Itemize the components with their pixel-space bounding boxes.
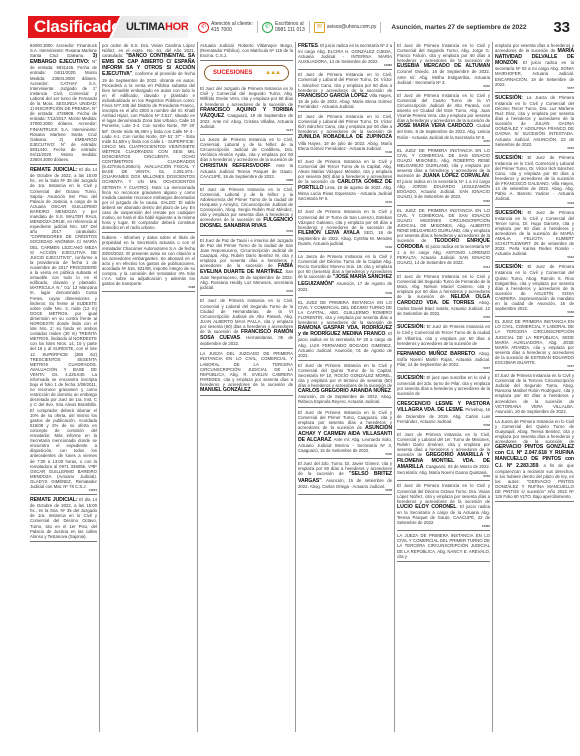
ad-code: 5158	[397, 424, 490, 427]
ad-text: El Juez de Primera Instancia en lo Civil…	[495, 373, 574, 414]
classified-ad: por orden de S.S. Dra. Vivian Carolina L…	[102, 42, 195, 233]
ad-text: El Juez de Primera Instancia en lo Civil…	[298, 209, 392, 229]
ad-name-highlight: SUCESIÓN:	[495, 155, 523, 161]
contact-email[interactable]: ✉ avisos@uhora.com.py	[310, 22, 382, 33]
ad-text-tail: , a fin de que comparezcan a reclamar su…	[495, 463, 574, 500]
ad-code: 5160	[397, 200, 490, 203]
ad-code: 5150	[397, 85, 490, 88]
ad-name-highlight: CARLOS GREGORIO ARANDA NÚÑEZ	[298, 388, 391, 394]
classified-ad: El Juez de Primera Instancia en lo Civil…	[298, 71, 392, 112]
classified-ad: SUCESIÓN: El Juez de Primera Instancia e…	[495, 154, 574, 208]
people-icon: ▲▲▲	[265, 71, 280, 76]
ad-code: 5148	[298, 151, 392, 154]
contact-phone-value: 415 7000	[211, 27, 232, 33]
ad-text-tail: N° de entrada: 5931445. Fecha de entrada…	[30, 59, 97, 162]
classified-ad: REMATE JUDICIAL: El día 14 de Octubre de…	[30, 166, 97, 495]
classified-ad: El Juez del Juzgado de Primera Instancia…	[200, 85, 293, 135]
ad-text: Actuaria Judicial. Roberto Villamayor Bu…	[200, 43, 293, 58]
ad-name-highlight: JOSÉ MARÍA VERA CARDOZO	[397, 123, 473, 129]
ad-name-highlight: SUCESIÓN:	[397, 324, 425, 330]
classified-ad: Actuaria Judicial. Roberto Villamayor Bu…	[200, 42, 293, 61]
ad-code: 5157	[495, 87, 574, 90]
classified-ad: FRETES. El juicio radica en la secretarí…	[298, 42, 392, 70]
ad-code: 5068	[200, 179, 293, 182]
logo-part1: ULTIMA	[126, 21, 165, 33]
column-2: por orden de S.S. Dra. Vivian Carolina L…	[100, 42, 198, 732]
ad-code: 5153	[200, 290, 293, 293]
ad-name-highlight: FILEMÓN LEIVA AYALA	[298, 230, 360, 236]
column-3: Actuaria Judicial. Roberto Villamayor Bu…	[198, 42, 296, 732]
ad-code: 5156	[397, 316, 490, 319]
ad-name-highlight: CHRISTIAN REFERSVDORF	[200, 163, 270, 169]
classified-ad: El Juez de Primera Instancia en lo Civil…	[397, 42, 490, 91]
classified-ad: La Jueza de Primera Instancia en lo Civi…	[495, 418, 574, 502]
classified-ad: La Jueza de Primera Instancia en lo Civi…	[298, 253, 392, 298]
classifieds-columns: 84000.3000. Acreedor: Finantruck S.A. In…	[28, 42, 576, 732]
classified-ad: LA JUEZA DEL JUZGADO DE PRIMERA INSTANCI…	[200, 350, 293, 396]
ad-text: El Juez de Primera Instancia en lo Civil…	[298, 363, 392, 388]
ad-name-highlight: ZUNILDA ROBADILLA DE ZUPINOZA	[298, 134, 392, 140]
section-title: Clasificados	[28, 16, 120, 38]
page-number: 33	[553, 19, 570, 36]
classified-ad: El Juez de Primera Instancia en lo Civil…	[495, 372, 574, 417]
ad-code: 5152	[200, 230, 293, 233]
newspaper-logo: ULTIMAHORA	[112, 16, 188, 38]
ad-code: 5155	[397, 140, 490, 143]
classified-ad: El Juez de Paz de Tavaí i e interino del…	[200, 237, 293, 297]
ad-code: 5162	[495, 147, 574, 150]
ad-text-tail: El día 14 de Octubre de 2022, a las 15:0…	[30, 497, 97, 539]
column-6: emplaza por sesenta días a herederos y a…	[493, 42, 576, 732]
ad-code: 13254	[30, 489, 97, 492]
ad-code: 5161	[397, 266, 490, 269]
classified-ad: CRESCENCIO LESME Y PASTORA VILLAGRA VDA.…	[397, 400, 490, 429]
column-5: El Juez de Primera Instancia en lo Civil…	[395, 42, 493, 732]
ad-name-highlight: SUCESIÓN:	[397, 375, 425, 381]
ad-text: El Juez de Primera Instancia en lo Civil…	[397, 483, 490, 503]
classified-ad: SUCESIÓN: El Juez de Primera Instancia e…	[495, 263, 574, 317]
classified-ad: El Juez de Primera Instancia en lo Civil…	[298, 208, 392, 252]
classified-ad: El Juez de Primera Instancia en lo Civil…	[298, 158, 392, 208]
classified-ad: El Juez de Primera Instancia en lo Civil…	[397, 431, 490, 482]
classified-ad: SUCESIÓN: El Juez de Primera Instancia e…	[495, 209, 574, 263]
classified-ad: El Juez de Primera Instancia en lo Civil…	[298, 113, 392, 157]
ad-code: 5167	[495, 365, 574, 368]
section-badge-sucesiones: SUCESIONES▲▲▲	[204, 65, 289, 81]
classified-ad: El Juez de Primera Instancia en lo Civil…	[298, 362, 392, 408]
contact-whatsapp-value: 0981 111 013	[275, 27, 305, 33]
mail-icon: ✉	[314, 22, 325, 33]
ad-code: 5168	[298, 489, 392, 492]
contact-phone: ✆ Atención al cliente:415 7000	[194, 21, 258, 33]
ad-code: 5109	[298, 292, 392, 295]
classified-ad: El Juez de Primera Instancia en lo Civil…	[397, 482, 490, 531]
ad-text-tail: Villa Hayes, 19 de julio de 2022. Abog. …	[298, 141, 392, 151]
ad-code: 5157	[397, 367, 490, 370]
ad-name-highlight: FRANCISCO GARCÍA LÓPEZ	[298, 93, 368, 99]
classified-ad: FERNANDO MUÑOZ BARRETO. Abog. Sofía Noem…	[397, 350, 490, 373]
contact-info: ✆ Atención al cliente:415 7000 ✆ Escríbi…	[194, 21, 381, 33]
ad-text-tail: El Juez de Primera Instancia en lo Civil…	[495, 155, 574, 202]
ad-name-highlight: RAMONA GASPAR VDA. RODRÍGUEZ y de RODRÍG…	[298, 325, 392, 337]
ad-code: 5159	[397, 475, 490, 478]
badge-label: SUCESIONES	[213, 71, 252, 76]
ad-text: EL JUEZ DE PRIMERA INSTANCIA EN LO CIVIL…	[298, 300, 392, 325]
ad-text: LA JUEZA DE PRIMERA INSTANCIA EN LO CIVI…	[397, 533, 490, 558]
ad-code: 5163	[495, 202, 574, 205]
ad-text-tail: .	[266, 223, 267, 228]
ad-name-highlight: EUSEBIA MERCADO DE ALTUMAN	[397, 63, 490, 69]
ad-text: La Jueza de Primera Instancia en lo Civi…	[495, 419, 574, 444]
classified-ad: El Juez del 2do. Turno, Dr. Javier Gómez…	[298, 460, 392, 494]
page-header: Clasificados ULTIMAHORA ✆ Atención al cl…	[28, 16, 576, 38]
ad-text-tail: Coronel Oviedo, 16 de Septiembre de 2022…	[397, 69, 490, 84]
classified-ad: LA JUEZA DE PRIMERA INSTANCIA EN LO CIVI…	[397, 532, 490, 561]
ad-code: 13066	[397, 525, 490, 528]
classified-ad: El Juez de Primera Instancia en lo Civil…	[298, 409, 392, 460]
ad-text: 84000.3000. Acreedor: Finantruck S.A. In…	[30, 43, 97, 58]
logo-part2: HORA	[165, 21, 196, 33]
ad-text-tail: El día 14 de Octubre de 2022, a las 15:0…	[30, 167, 97, 489]
contact-whatsapp: ✆ Escríbinos al0981 111 013	[258, 21, 310, 33]
ad-name-highlight: FERNANDO MUÑOZ BARRETO	[397, 351, 475, 357]
ad-text: El Juez de Primera Instancia en lo Civil…	[397, 43, 490, 63]
ad-code: 5166	[495, 311, 574, 314]
ad-name-highlight: MANUEL GONZÁLEZ	[200, 387, 251, 393]
ad-text: El Juez del Juzgado de Primera Instancia…	[200, 86, 293, 106]
classified-ad: 84000.3000. Acreedor: Finantruck S.A. In…	[30, 42, 97, 165]
ad-text-tail: , conforme al proveído de fecha 19 de Se…	[102, 71, 195, 230]
classified-ad: La Jueza de Primera Instancia en lo Civi…	[200, 136, 293, 185]
classified-ad: El Juez de Primera Instancia en lo Civil…	[200, 297, 293, 349]
ad-name-highlight: SUCESIÓN:	[495, 95, 523, 101]
classified-ad: hubiere. - Informes y datos sobre el tít…	[102, 234, 195, 292]
ad-text: El Juez de Primera Instancia en lo Civil…	[298, 72, 392, 92]
classified-ad: SUCESIÓN: El juez que suscribe en lo civ…	[397, 374, 490, 399]
contact-email-value[interactable]: avisos@uhora.com.py	[327, 24, 377, 30]
ad-code: 5164	[495, 256, 574, 259]
classified-ad: EL JUEZ DE PRIMERA INSTANCIA EN LO CIVIL…	[397, 147, 490, 206]
ad-code: 5147	[200, 129, 293, 132]
ad-name-highlight: SUCESIÓN:	[495, 264, 523, 270]
ad-name-highlight: REMATE JUDICIAL:	[30, 497, 77, 503]
classified-ad: EL JUEZ DE PRIMERA INSTANCIA EN LO CIVIL…	[397, 207, 490, 272]
classified-ad: El Juez de Primera Instancia en lo Civil…	[397, 273, 490, 323]
classified-ad: REMATE JUDICIAL: El día 14 de Octubre de…	[30, 496, 97, 542]
phone-icon: ✆	[198, 22, 209, 33]
ad-text-tail: El Juez de Primera Instancia en lo Civil…	[495, 210, 574, 257]
ad-name-highlight: SUCESIÓN:	[495, 210, 523, 216]
ad-text: hubiere. - Informes y datos sobre el tít…	[102, 235, 195, 286]
column-4: FRETES. El juicio radica en la secretarí…	[296, 42, 395, 732]
ad-text: La Jueza de Primera Instancia en lo Civi…	[200, 137, 293, 162]
classified-ad: emplaza por sesenta días a herederos y a…	[495, 42, 574, 93]
ad-name-highlight: REMATE JUDICIAL:	[30, 167, 77, 173]
ad-code: 13066	[298, 64, 392, 67]
ad-name-highlight: JUANA LÓPEZ CORVALÁN	[423, 173, 489, 179]
classified-ad: SUCESIÓN: La Jueza de Primera Instancia …	[495, 94, 574, 153]
ad-text: El Juez de Primera Instancia en lo Civil…	[298, 114, 392, 134]
issue-date: Asunción, martes 27 de septiembre de 202…	[391, 24, 526, 31]
column-1: 84000.3000. Acreedor: Finantruck S.A. In…	[28, 42, 100, 732]
ad-text-tail: La Jueza de Primera Instancia en lo Civi…	[495, 95, 574, 147]
ad-name-highlight: LUCIO ELOY CORONEL	[397, 504, 456, 510]
ad-code: 5165	[298, 453, 392, 456]
classified-ad: El Juez de Primera Instancia en lo Civil…	[200, 186, 293, 236]
ad-text-tail: El Juez de Primera Instancia en lo Civil…	[495, 264, 574, 311]
classified-ad: El Juez de Primera Instancia en lo Civil…	[397, 92, 490, 146]
whatsapp-icon: ✆	[262, 22, 273, 33]
ad-text: EL JUEZ DE PRIMERA INSTANCIA EN LO CIVIL…	[495, 319, 574, 365]
classified-ad: EL JUEZ DE PRIMERA INSTANCIA EN LO CIVIL…	[298, 299, 392, 361]
ad-text: LA JUEZA DEL JUZGADO DE PRIMERA INSTANCI…	[200, 351, 293, 387]
ad-code: 5149	[298, 246, 392, 249]
ad-code: 5145	[298, 201, 392, 204]
classified-ad: SUCESIÓN: El Juez de Primera Instancia e…	[397, 323, 490, 348]
ad-code: 5188	[102, 286, 195, 289]
classified-ad: EL JUEZ DE PRIMERA INSTANCIA EN LO CIVIL…	[495, 318, 574, 371]
ad-text: El Juez de Primera Instancia en lo Civil…	[397, 93, 490, 123]
ad-name-highlight: FRETES	[298, 43, 318, 49]
